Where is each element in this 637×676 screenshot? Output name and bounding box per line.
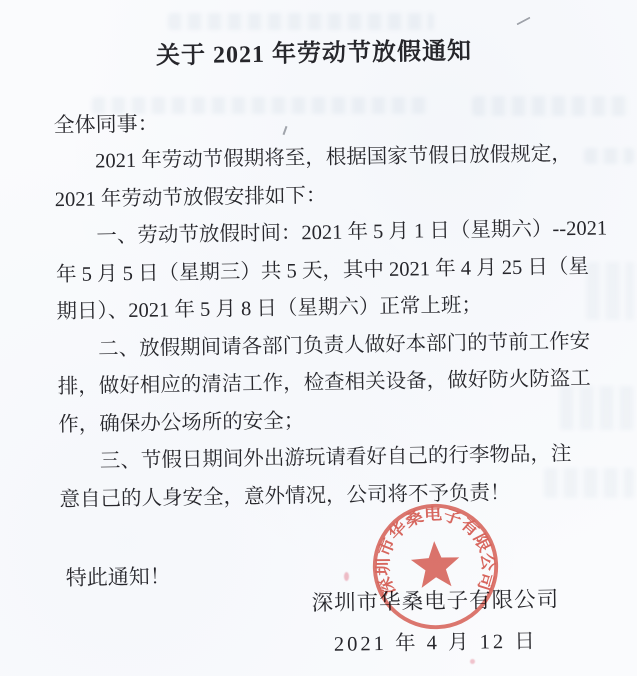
body-line: 意自己的人身安全，意外情况，公司将不予负责！ — [59, 473, 592, 519]
scanned-notice-page: 关于 2021 年劳动节放假通知 全体同事： 2021 年劳动节假期将至，根据国… — [0, 0, 637, 676]
notice-title: 关于 2021 年劳动节放假通知 — [15, 35, 612, 72]
document-content: 关于 2021 年劳动节放假通知 全体同事： 2021 年劳动节假期将至，根据国… — [0, 0, 637, 676]
company-seal-stamp: 深圳市华桑电子有限公司 — [364, 495, 508, 639]
seal-star-icon — [410, 540, 461, 588]
salutation-line: 全体同事： — [53, 104, 583, 138]
seal-graphic: 深圳市华桑电子有限公司 — [364, 495, 508, 639]
notice-body: 2021 年劳动节假期将至，根据国家节假日放假规定， 2021 年劳动节放假安排… — [54, 136, 592, 519]
